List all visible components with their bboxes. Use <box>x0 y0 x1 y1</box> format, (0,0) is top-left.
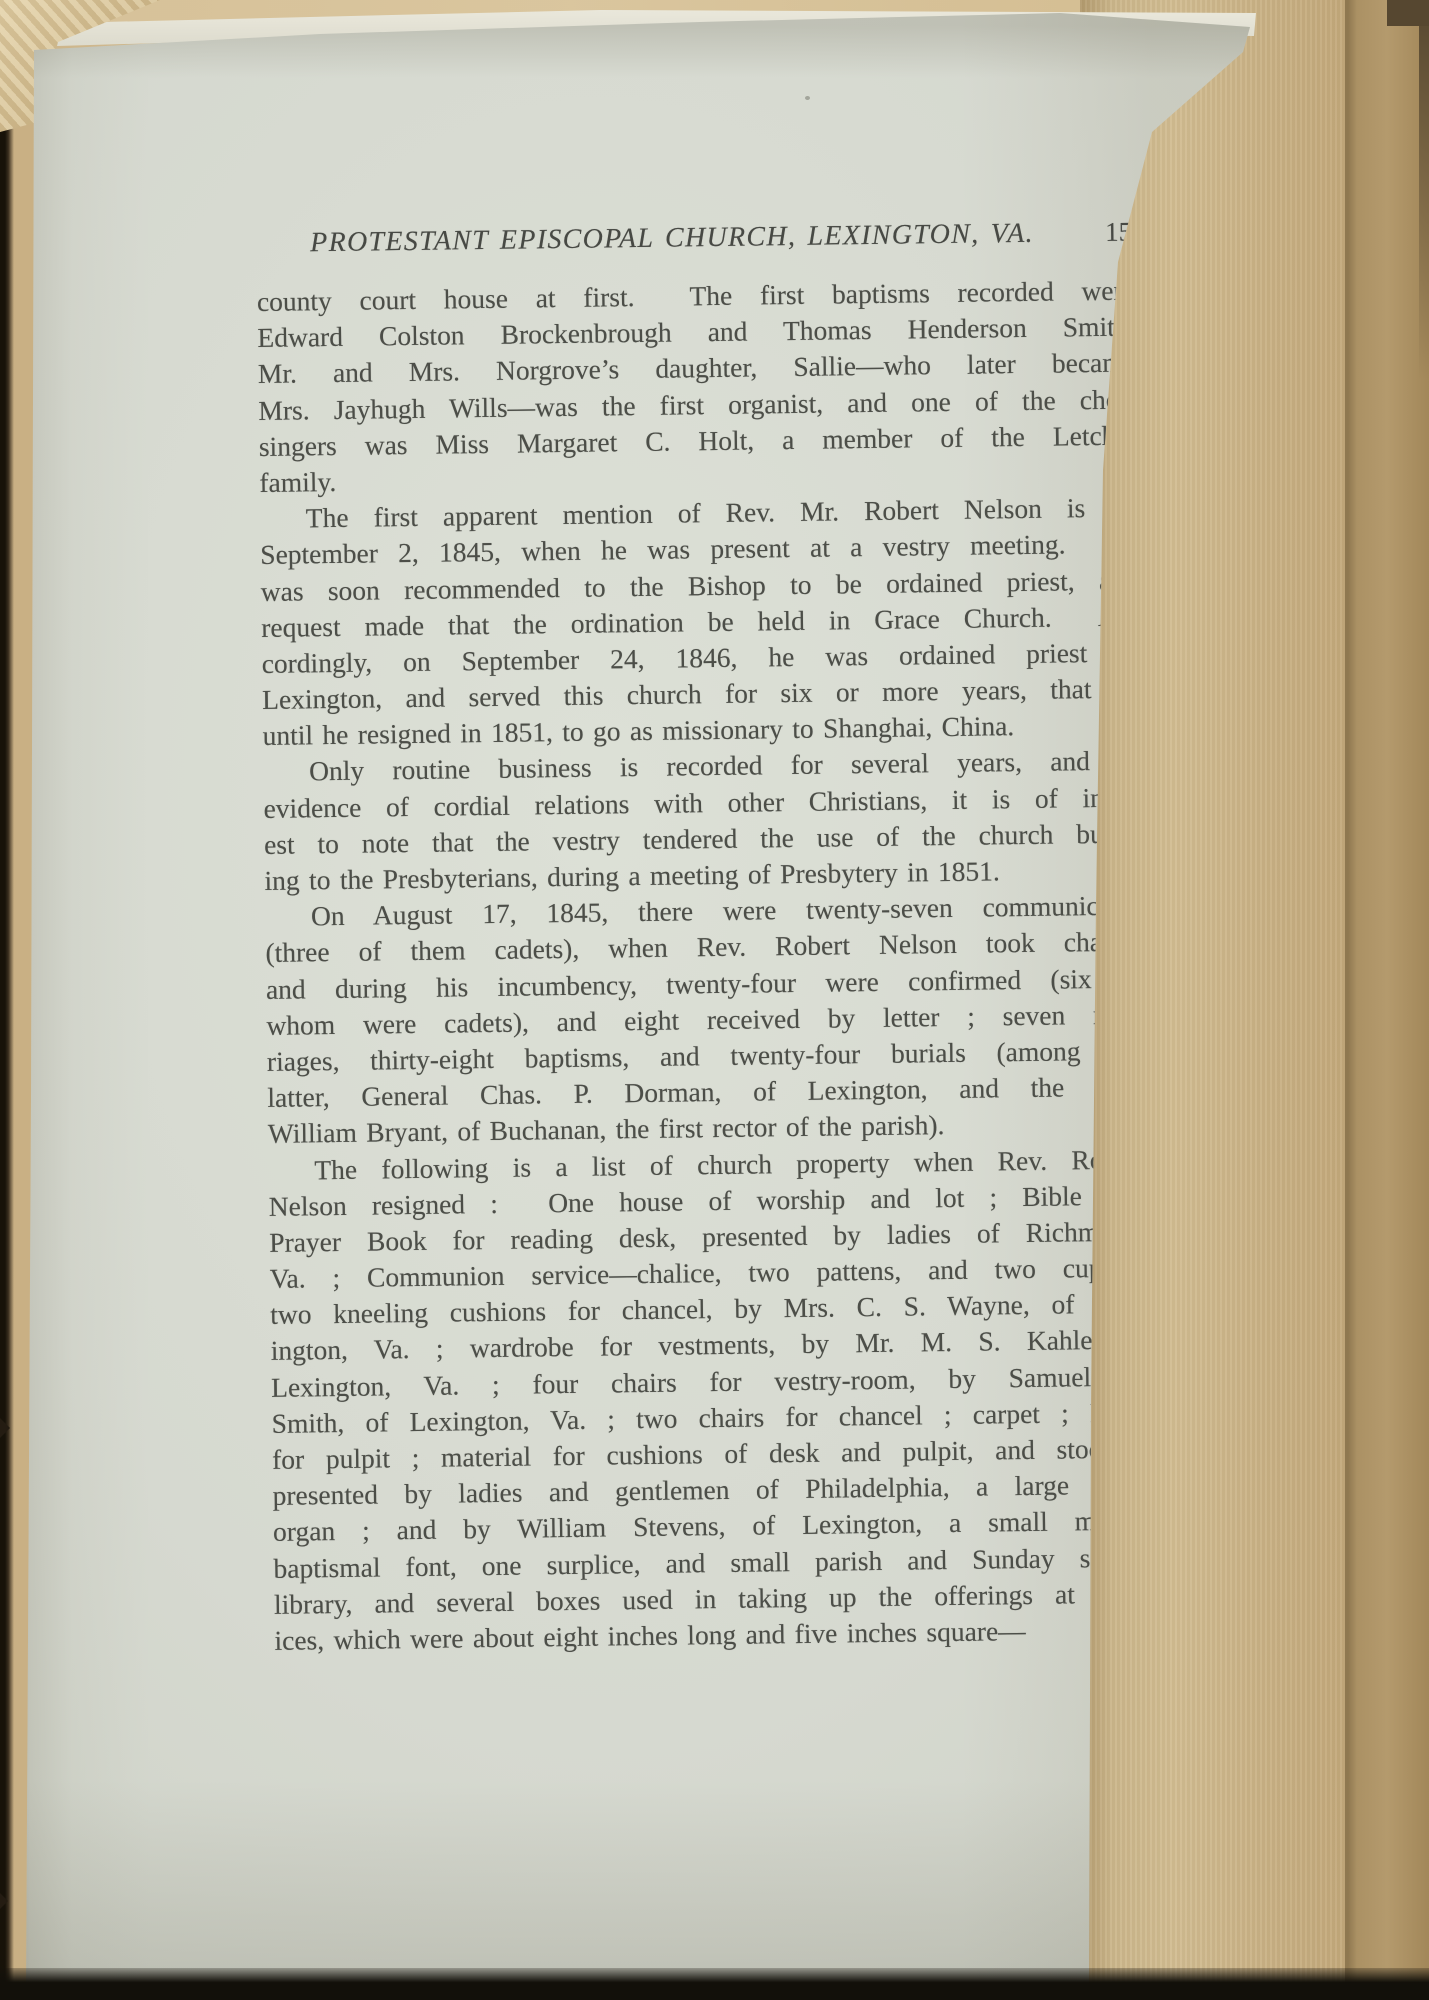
photo-right-edge-shadow <box>1419 0 1429 380</box>
text-lines: county court house at first. The first b… <box>257 273 1153 1659</box>
book-photo: PROTESTANT EPISCOPAL CHURCH, LEXINGTON, … <box>0 0 1429 2000</box>
running-header-title: PROTESTANT EPISCOPAL CHURCH, LEXINGTON, … <box>310 218 1034 259</box>
running-header: PROTESTANT EPISCOPAL CHURCH, LEXINGTON, … <box>256 217 1134 266</box>
book-spine-shadow <box>0 0 14 2000</box>
page-fore-edges <box>1080 0 1350 2000</box>
paper-speck <box>805 96 810 100</box>
book-cover-right-edge <box>1345 0 1429 2000</box>
page-content: PROTESTANT EPISCOPAL CHURCH, LEXINGTON, … <box>256 217 1154 1728</box>
photo-bottom-dark-band <box>0 1968 1429 2000</box>
